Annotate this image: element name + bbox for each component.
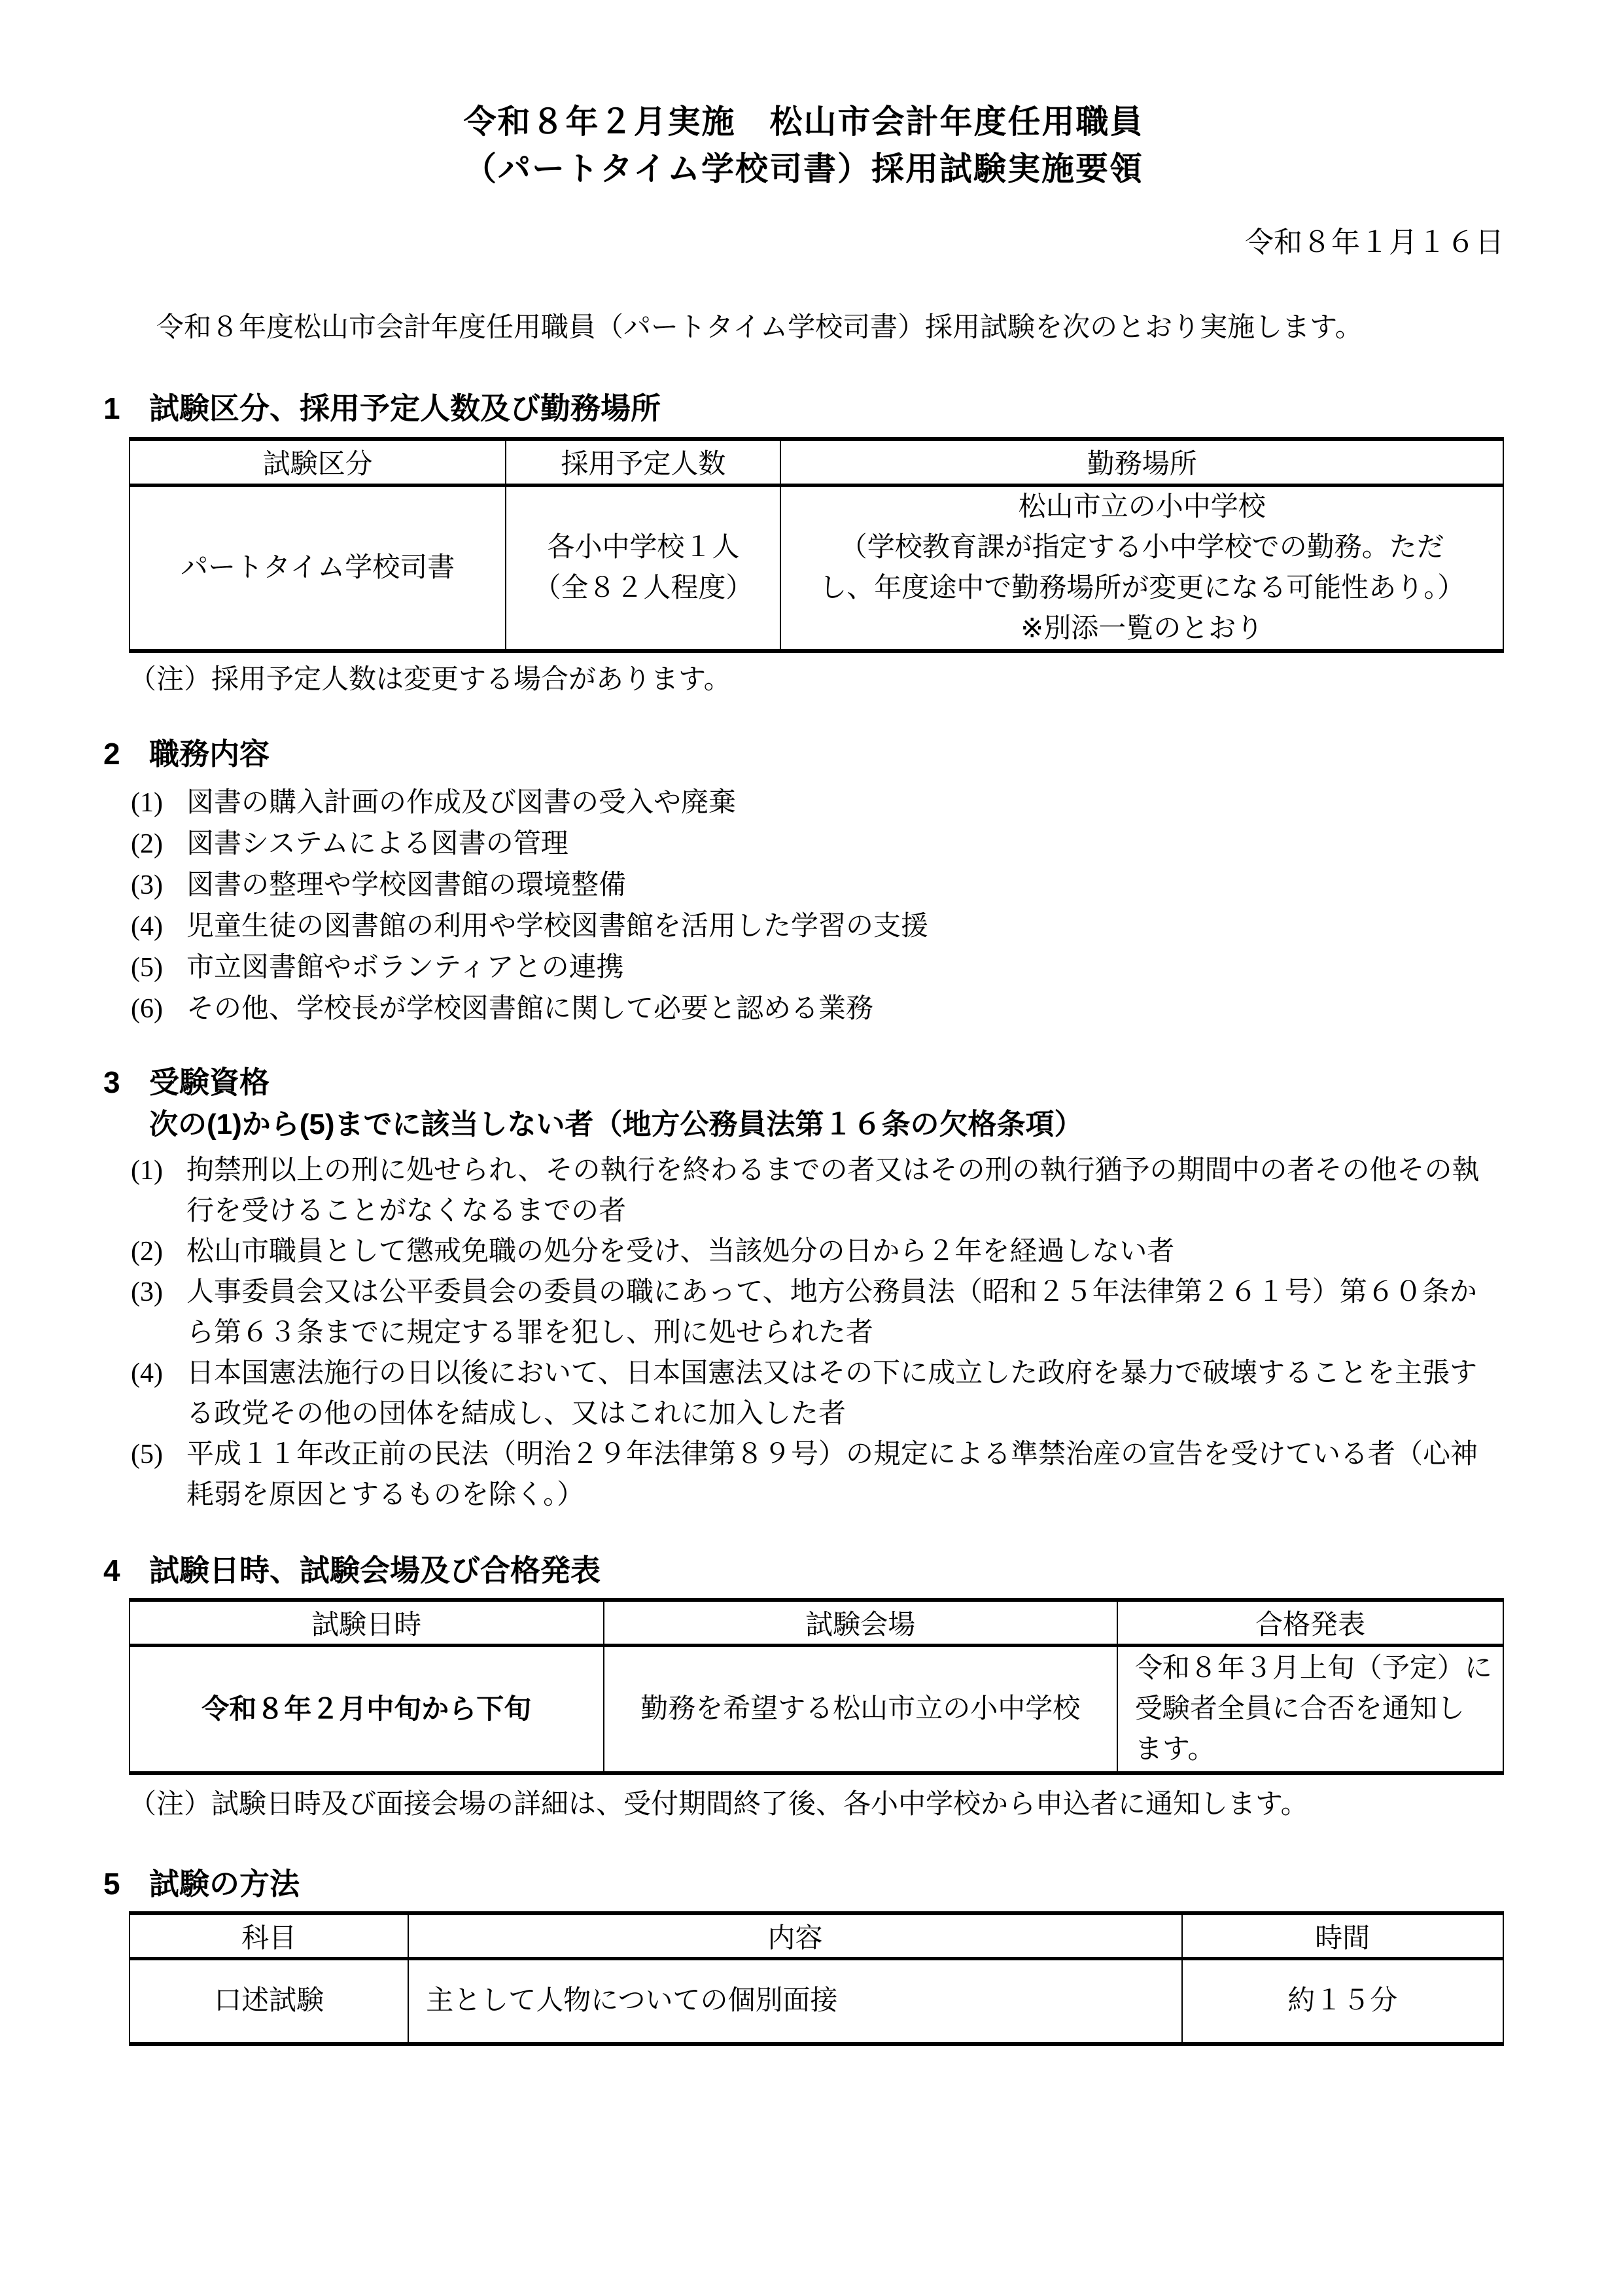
item-number: (2) (131, 824, 186, 865)
list-item: (5) 平成１１年改正前の民法（明治２９年法律第８９号）の規定による準禁治産の宣… (131, 1434, 1504, 1515)
cell-exam-venue: 勤務を希望する松山市立の小中学校 (604, 1646, 1117, 1773)
item-number: (1) (131, 1150, 186, 1231)
section1-heading: 1試験区分、採用予定人数及び勤務場所 (103, 387, 1504, 429)
section4-note: （注）試験日時及び面接会場の詳細は、受付期間終了後、各小中学校から申込者に通知し… (129, 1784, 1504, 1825)
item-text: その他、学校長が学校図書館に関して必要と認める業務 (186, 989, 873, 1030)
duties-list: (1) 図書の購入計画の作成及び図書の受入や廃棄 (2) 図書システムによる図書… (103, 783, 1504, 1030)
title-line-1: 令和８年２月実施 松山市会計年度任用職員 (103, 98, 1504, 145)
section2-title: 職務内容 (149, 737, 270, 771)
section3-title: 受験資格 (149, 1065, 270, 1099)
section4-title: 試験日時、試験会場及び合格発表 (149, 1553, 601, 1587)
list-item: (2) 図書システムによる図書の管理 (131, 824, 1504, 865)
list-item: (5) 市立図書館やボランティアとの連携 (131, 947, 1504, 989)
cell-content: 主として人物についての個別面接 (408, 1959, 1181, 2044)
item-text: 平成１１年改正前の民法（明治２９年法律第８９号）の規定による準禁治産の宣告を受け… (186, 1434, 1478, 1515)
header-exam-datetime: 試験日時 (130, 1600, 604, 1646)
item-text: 市立図書館やボランティアとの連携 (186, 947, 624, 989)
cell-exam-datetime: 令和８年２月中旬から下旬 (130, 1646, 604, 1773)
exam-category-table-header-row: 試験区分 採用予定人数 勤務場所 (130, 439, 1503, 485)
item-number: (4) (131, 1353, 186, 1434)
title-line-2: （パートタイム学校司書）採用試験実施要領 (103, 145, 1504, 192)
item-text: 松山市職員として懲戒免職の処分を受け、当該処分の日から２年を経過しない者 (186, 1231, 1174, 1272)
exam-schedule-table-row: 令和８年２月中旬から下旬 勤務を希望する松山市立の小中学校 令和８年３月上旬（予… (130, 1646, 1503, 1773)
header-duration: 時間 (1182, 1913, 1503, 1959)
item-number: (4) (131, 906, 186, 947)
list-item: (3) 人事委員会又は公平委員会の委員の職にあって、地方公務員法（昭和２５年法律… (131, 1272, 1504, 1353)
intro-paragraph: 令和８年度松山市会計年度任用職員（パートタイム学校司書）採用試験を次のとおり実施… (129, 308, 1504, 348)
item-number: (5) (131, 1434, 186, 1515)
item-text: 図書システムによる図書の管理 (186, 824, 568, 865)
item-text: 児童生徒の図書館の利用や学校図書館を活用した学習の支援 (186, 906, 928, 947)
exam-schedule-table: 試験日時 試験会場 合格発表 令和８年２月中旬から下旬 勤務を希望する松山市立の… (129, 1598, 1504, 1775)
section2-number: 2 (103, 733, 149, 775)
section1-title: 試験区分、採用予定人数及び勤務場所 (149, 391, 661, 425)
section3-heading: 3受験資格 (103, 1061, 1504, 1103)
exam-method-table-row: 口述試験 主として人物についての個別面接 約１５分 (130, 1959, 1503, 2044)
header-planned-hires: 採用予定人数 (506, 439, 780, 485)
item-number: (6) (131, 989, 186, 1030)
list-item: (4) 児童生徒の図書館の利用や学校図書館を活用した学習の支援 (131, 906, 1504, 947)
issue-date: 令和８年１月１６日 (129, 222, 1504, 263)
cell-work-location: 松山市立の小中学校 （学校教育課が指定する小中学校での勤務。ただ し、年度途中で… (780, 485, 1503, 651)
list-item: (6) その他、学校長が学校図書館に関して必要と認める業務 (131, 989, 1504, 1030)
exam-schedule-table-header-row: 試験日時 試験会場 合格発表 (130, 1600, 1503, 1646)
item-number: (3) (131, 865, 186, 906)
list-item: (2) 松山市職員として懲戒免職の処分を受け、当該処分の日から２年を経過しない者 (131, 1231, 1504, 1272)
section5-title: 試験の方法 (149, 1867, 300, 1901)
section3-number: 3 (103, 1061, 149, 1103)
item-text: 日本国憲法施行の日以後において、日本国憲法又はその下に成立した政府を暴力で破壊す… (186, 1353, 1477, 1434)
header-result-announcement: 合格発表 (1117, 1600, 1503, 1646)
cell-duration: 約１５分 (1182, 1959, 1503, 2044)
section1-number: 1 (103, 387, 149, 429)
header-content: 内容 (408, 1913, 1181, 1959)
section1-note: （注）採用予定人数は変更する場合があります。 (129, 660, 1504, 700)
header-exam-category: 試験区分 (130, 439, 506, 485)
item-text: 図書の整理や学校図書館の環境整備 (186, 865, 626, 906)
section4-heading: 4試験日時、試験会場及び合格発表 (103, 1549, 1504, 1591)
cell-result-announcement: 令和８年３月上旬（予定）に 受験者全員に合否を通知し ます。 (1117, 1646, 1503, 1773)
item-number: (3) (131, 1272, 186, 1353)
item-text: 図書の購入計画の作成及び図書の受入や廃棄 (186, 783, 736, 824)
document-page: 令和８年２月実施 松山市会計年度任用職員 （パートタイム学校司書）採用試験実施要… (0, 0, 1623, 2296)
item-number: (5) (131, 947, 186, 989)
exam-category-table-row: パートタイム学校司書 各小中学校１人 （全８２人程度） 松山市立の小中学校 （学… (130, 485, 1503, 651)
item-number: (1) (131, 783, 186, 824)
cell-subject: 口述試験 (130, 1959, 408, 2044)
list-item: (4) 日本国憲法施行の日以後において、日本国憲法又はその下に成立した政府を暴力… (131, 1353, 1504, 1434)
cell-exam-category: パートタイム学校司書 (130, 485, 506, 651)
section4-number: 4 (103, 1549, 149, 1591)
list-item: (1) 図書の購入計画の作成及び図書の受入や廃棄 (131, 783, 1504, 824)
section3-subheading: 次の(1)から(5)までに該当しない者（地方公務員法第１６条の欠格条項） (149, 1104, 1504, 1145)
cell-planned-hires: 各小中学校１人 （全８２人程度） (506, 485, 780, 651)
item-text: 拘禁刑以上の刑に処せられ、その執行を終わるまでの者又はその刑の執行猶予の期間中の… (186, 1150, 1480, 1231)
list-item: (1) 拘禁刑以上の刑に処せられ、その執行を終わるまでの者又はその刑の執行猶予の… (131, 1150, 1504, 1231)
exam-method-table: 科目 内容 時間 口述試験 主として人物についての個別面接 約１５分 (129, 1911, 1504, 2046)
header-work-location: 勤務場所 (780, 439, 1503, 485)
exam-method-table-header-row: 科目 内容 時間 (130, 1913, 1503, 1959)
header-subject: 科目 (130, 1913, 408, 1959)
item-text: 人事委員会又は公平委員会の委員の職にあって、地方公務員法（昭和２５年法律第２６１… (186, 1272, 1477, 1353)
document-title: 令和８年２月実施 松山市会計年度任用職員 （パートタイム学校司書）採用試験実施要… (103, 98, 1504, 192)
header-exam-venue: 試験会場 (604, 1600, 1117, 1646)
section5-heading: 5試験の方法 (103, 1863, 1504, 1905)
section2-heading: 2職務内容 (103, 733, 1504, 775)
item-number: (2) (131, 1231, 186, 1272)
exam-category-table: 試験区分 採用予定人数 勤務場所 パートタイム学校司書 各小中学校１人 （全８２… (129, 437, 1504, 653)
list-item: (3) 図書の整理や学校図書館の環境整備 (131, 865, 1504, 906)
section5-number: 5 (103, 1863, 149, 1905)
eligibility-list: (1) 拘禁刑以上の刑に処せられ、その執行を終わるまでの者又はその刑の執行猶予の… (103, 1150, 1504, 1515)
